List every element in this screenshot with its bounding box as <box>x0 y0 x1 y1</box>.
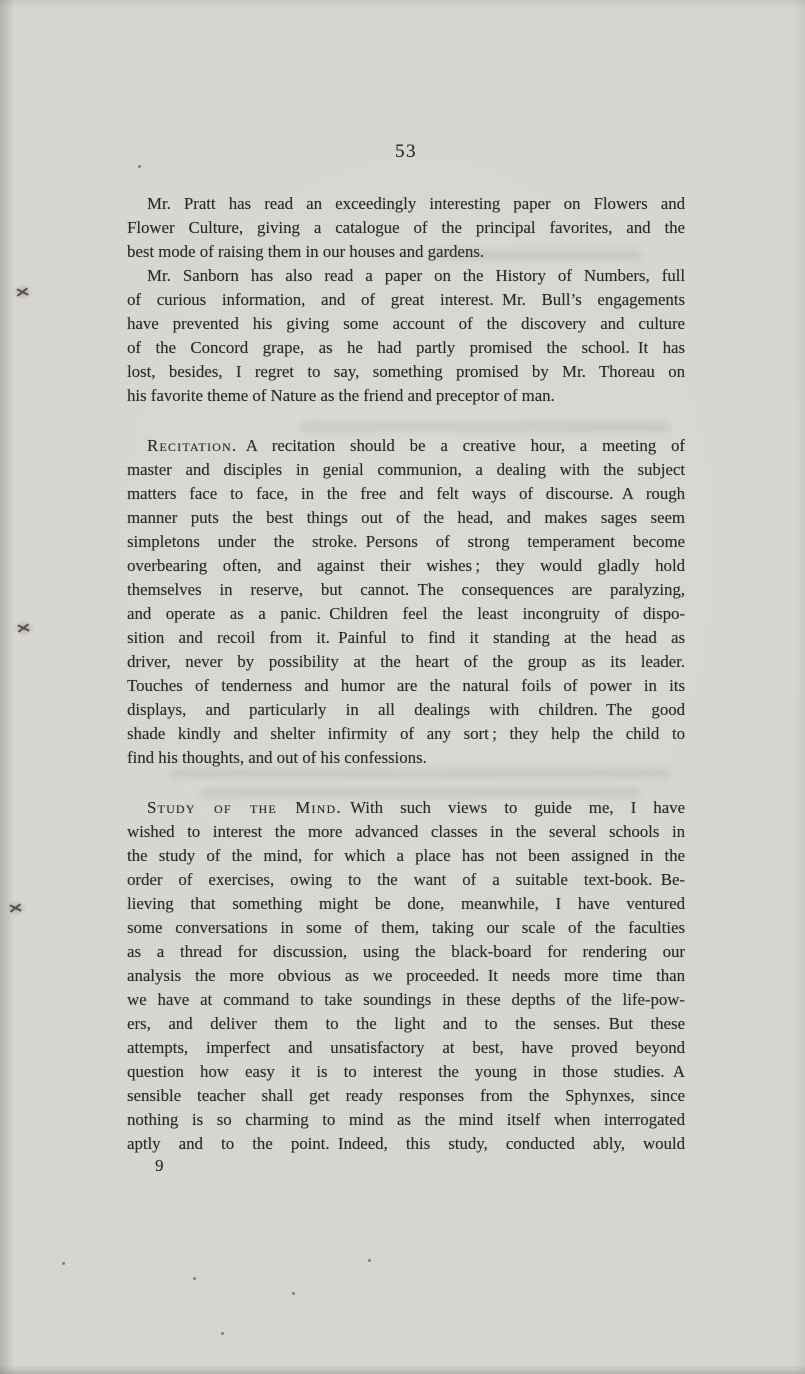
text-line: the study of the mind, for which a place… <box>127 844 685 868</box>
text-line: analysis the more obvious as we proceede… <box>127 964 685 988</box>
text-line: lieving that something might be done, me… <box>127 892 685 916</box>
signature-mark: 9 <box>155 1156 164 1176</box>
paper-speck <box>221 1332 224 1335</box>
text-line: of the Concord grape, as he had partly p… <box>127 336 685 360</box>
text-line: sensible teacher shall get ready respons… <box>127 1084 685 1108</box>
text-line: order of exercises, owing to the want of… <box>127 868 685 892</box>
text-line: best mode of raising them in our houses … <box>127 240 685 264</box>
text-line: overbearing often, and against their wis… <box>127 554 685 578</box>
text-line: question how easy it is to interest the … <box>127 1060 685 1084</box>
text-line: lost, besides, I regret to say, somethin… <box>127 360 685 384</box>
text-line: attempts, imperfect and unsatisfactory a… <box>127 1036 685 1060</box>
text-line: master and disciples in genial communion… <box>127 458 685 482</box>
text-line: simpletons under the stroke. Persons of … <box>127 530 685 554</box>
text-line: of curious information, and of great int… <box>127 288 685 312</box>
text-line: Mr. Pratt has read an exceedingly intere… <box>127 192 685 216</box>
text-line: themselves in reserve, but cannot. The c… <box>127 578 685 602</box>
text-line: Mr. Sanborn has also read a paper on the… <box>127 264 685 288</box>
text-line: ers, and deliver them to the light and t… <box>127 1012 685 1036</box>
ink-smudge <box>6 900 26 916</box>
paragraph: Study of the Mind. With such views to gu… <box>127 796 685 1156</box>
ink-smudge <box>13 284 33 300</box>
ink-smudge <box>14 620 34 636</box>
paper-speck <box>292 1292 295 1295</box>
text-line: nothing is so charming to mind as the mi… <box>127 1108 685 1132</box>
page-number: 53 <box>127 141 685 163</box>
text-line: Touches of tenderness and humor are the … <box>127 674 685 698</box>
text-line: Recitation. A recitation should be a cre… <box>127 434 685 458</box>
text-line: have prevented his giving some account o… <box>127 312 685 336</box>
text-line: we have at command to take soundings in … <box>127 988 685 1012</box>
text-line: Flower Culture, giving a catalogue of th… <box>127 216 685 240</box>
text-line: find his thoughts, and out of his confes… <box>127 746 685 770</box>
paragraph: Mr. Pratt has read an exceedingly intere… <box>127 192 685 264</box>
text-line: shade kindly and shelter infirmity of an… <box>127 722 685 746</box>
paper-speck <box>368 1259 371 1262</box>
paper-speck <box>62 1262 65 1265</box>
text-line: Study of the Mind. With such views to gu… <box>127 796 685 820</box>
paper-speck <box>138 165 141 168</box>
section-heading: Recitation. <box>147 436 237 455</box>
text-line: manner puts the best things out of the h… <box>127 506 685 530</box>
paper-speck <box>193 1277 196 1280</box>
text-line: displays, and particularly in all dealin… <box>127 698 685 722</box>
text-line: driver, never by possibility at the hear… <box>127 650 685 674</box>
text-line: and operate as a panic. Children feel th… <box>127 602 685 626</box>
text-line: wished to interest the more advanced cla… <box>127 820 685 844</box>
text-line: matters face to face, in the free and fe… <box>127 482 685 506</box>
paragraph: Recitation. A recitation should be a cre… <box>127 434 685 770</box>
paragraph: Mr. Sanborn has also read a paper on the… <box>127 264 685 408</box>
text-line: aptly and to the point. Indeed, this stu… <box>127 1132 685 1156</box>
section-heading: Study of the Mind. <box>147 798 342 817</box>
text-line: his favorite theme of Nature as the frie… <box>127 384 685 408</box>
text-line: as a thread for discussion, using the bl… <box>127 940 685 964</box>
page-text: Mr. Pratt has read an exceedingly intere… <box>127 192 685 1156</box>
text-line: sition and recoil from it. Painful to fi… <box>127 626 685 650</box>
text-line: some conversations in some of them, taki… <box>127 916 685 940</box>
